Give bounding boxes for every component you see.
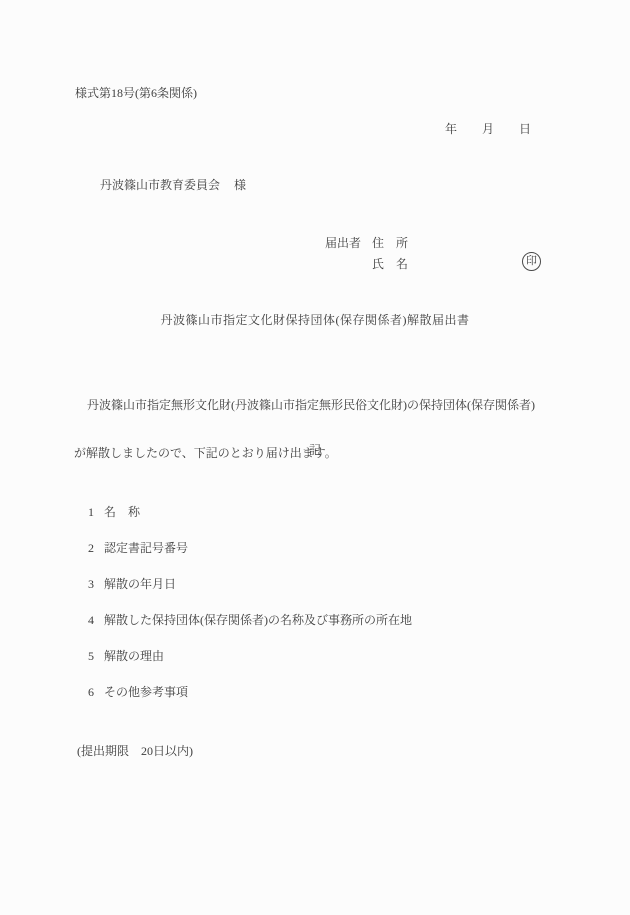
- item-number: 2: [88, 541, 94, 555]
- notice-marker: 記: [0, 443, 630, 457]
- item-label: 解散した保持団体(保存関係者)の名称及び事務所の所在地: [104, 613, 412, 627]
- list-item: 4 解散した保持団体(保存関係者)の名称及び事務所の所在地: [88, 613, 412, 627]
- item-label: 解散の年月日: [104, 577, 176, 591]
- form-number: 様式第18号(第6条関係): [75, 86, 197, 100]
- month-label: 月: [482, 122, 494, 136]
- addressee-line: 丹波篠山市教育委員会 様: [100, 178, 246, 192]
- body-paragraph: 丹波篠山市指定無形文化財(丹波篠山市指定無形民俗文化財)の保持団体(保存関係者)…: [74, 367, 574, 491]
- list-item: 2 認定書記号番号: [88, 541, 188, 555]
- day-label: 日: [519, 122, 531, 136]
- list-item: 1 名 称: [88, 505, 140, 519]
- declarant-label: 届出者: [325, 236, 361, 250]
- footer-note: (提出期限 20日以内): [77, 744, 193, 758]
- document-title: 丹波篠山市指定文化財保持団体(保存関係者)解散届出書: [0, 313, 630, 327]
- item-label: 解散の理由: [104, 649, 164, 663]
- addressee-honorific: 様: [234, 178, 246, 192]
- declarant-address-label: 住 所: [372, 236, 408, 250]
- body-line-1: 丹波篠山市指定無形文化財(丹波篠山市指定無形民俗文化財)の保持団体(保存関係者): [74, 395, 574, 415]
- item-number: 4: [88, 613, 94, 627]
- seal-character: 印: [526, 256, 537, 267]
- item-number: 6: [88, 685, 94, 699]
- list-item: 5 解散の理由: [88, 649, 164, 663]
- document-page: 様式第18号(第6条関係) 年 月 日 丹波篠山市教育委員会 様 届出者 住 所…: [0, 0, 630, 915]
- item-label: 認定書記号番号: [104, 541, 188, 555]
- item-number: 1: [88, 505, 94, 519]
- addressee-name: 丹波篠山市教育委員会: [100, 178, 220, 192]
- item-label: その他参考事項: [104, 685, 188, 699]
- date-line: 年 月 日: [445, 122, 531, 136]
- list-item: 6 その他参考事項: [88, 685, 188, 699]
- item-number: 3: [88, 577, 94, 591]
- item-number: 5: [88, 649, 94, 663]
- seal-stamp-icon: 印: [522, 252, 541, 271]
- list-item: 3 解散の年月日: [88, 577, 176, 591]
- year-label: 年: [445, 122, 457, 136]
- item-label: 名 称: [104, 505, 140, 519]
- declarant-name-label: 氏 名: [372, 257, 408, 271]
